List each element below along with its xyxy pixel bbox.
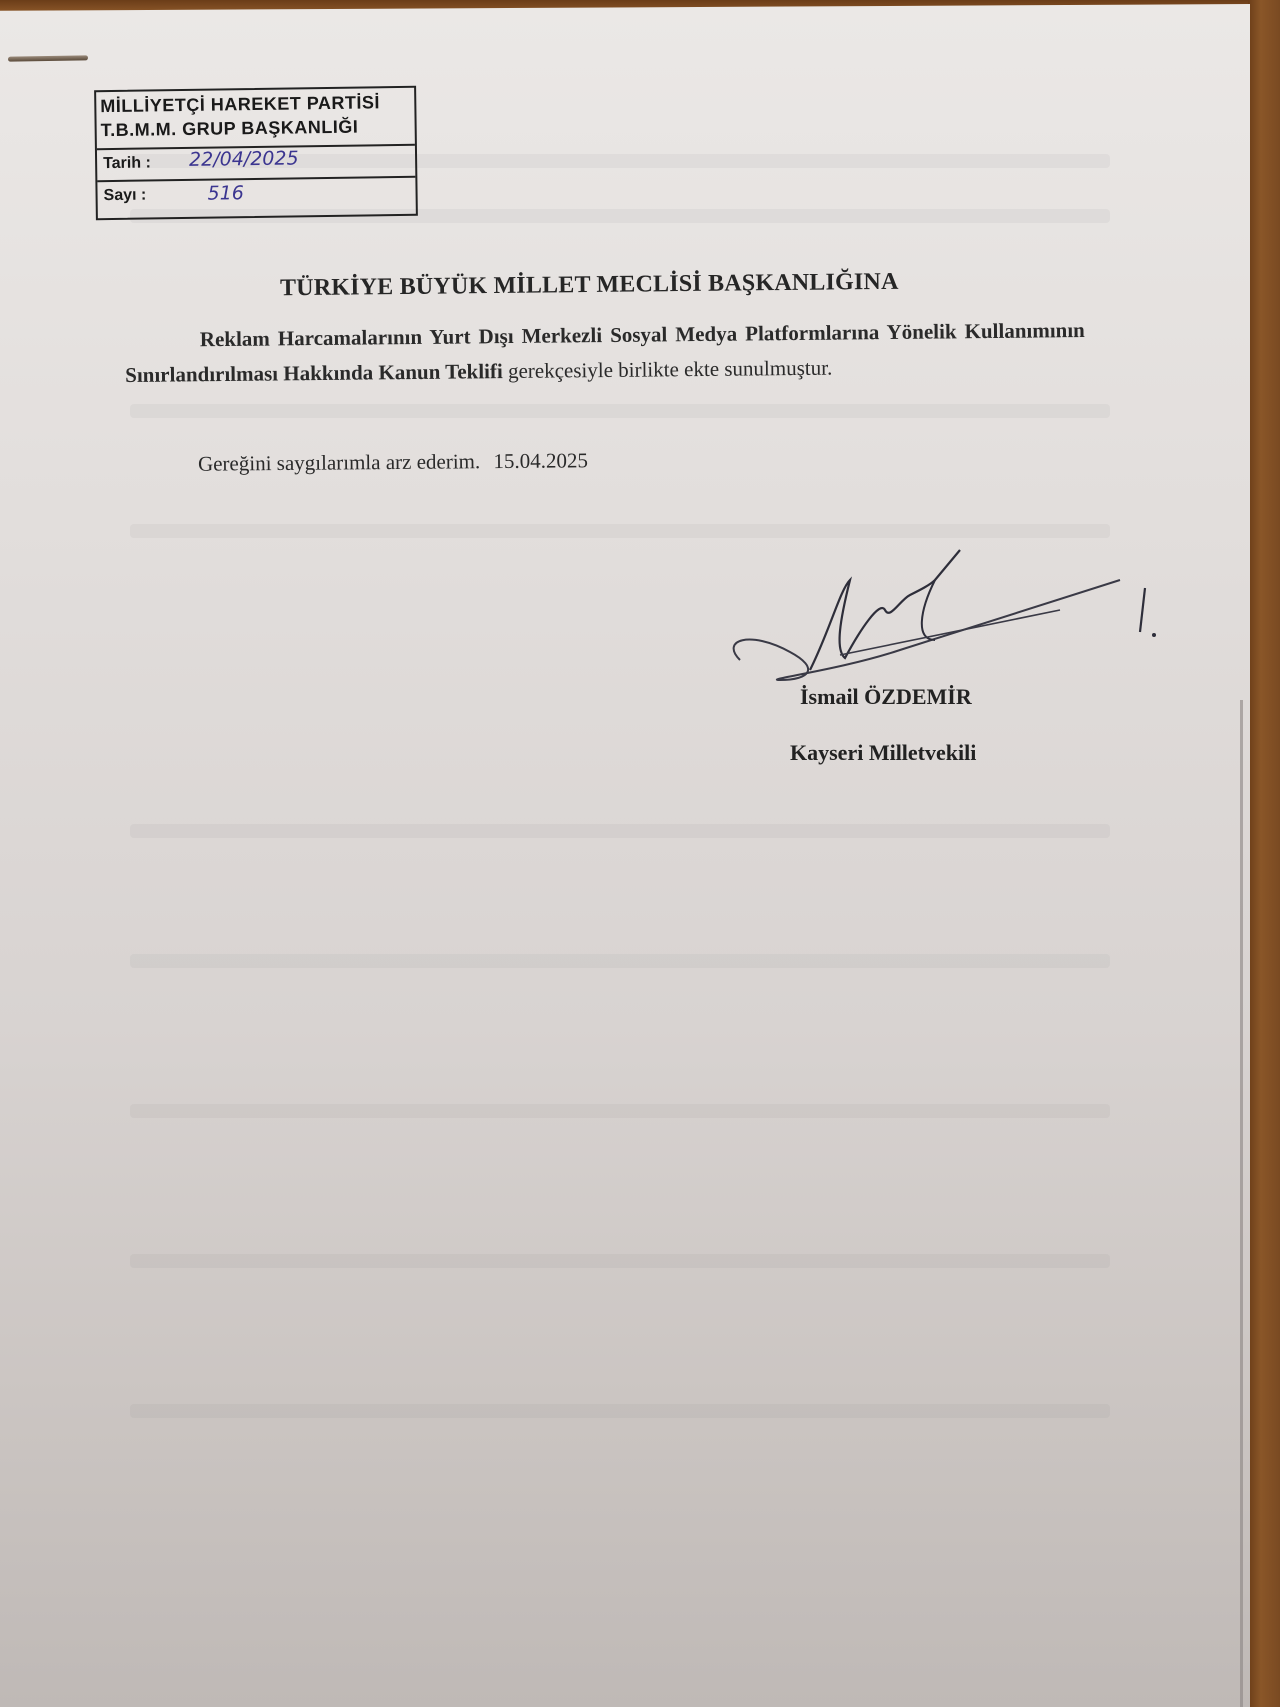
bleed-through-text <box>130 824 1110 838</box>
desk-surface-right <box>1248 0 1280 1707</box>
document-date: 15.04.2025 <box>493 448 588 473</box>
signatory-title: Kayseri Milletvekili <box>790 740 976 766</box>
closing-line: Gereğini saygılarımla arz ederim. 15.04.… <box>198 448 588 476</box>
stamp-divider <box>97 176 415 182</box>
closing-text: Gereğini saygılarımla arz ederim. <box>198 449 480 475</box>
bleed-through-text <box>130 1104 1110 1118</box>
page-edge <box>1240 700 1243 1707</box>
stamp-group-name: T.B.M.M. GRUP BAŞKANLIĞI <box>101 117 359 142</box>
stamp-date-label: Tarih : <box>103 154 151 173</box>
bleed-through-text <box>130 524 1110 538</box>
stamp-party-name: MİLLİYETÇİ HAREKET PARTİSİ <box>100 92 380 117</box>
bleed-through-text <box>130 1404 1110 1418</box>
signature <box>720 540 1160 700</box>
body-paragraph: Reklam Harcamalarının Yurt Dışı Merkezli… <box>125 313 1086 393</box>
bleed-through-text <box>130 954 1110 968</box>
stamp-number-value: 516 <box>207 182 244 205</box>
signatory-name: İsmail ÖZDEMİR <box>800 684 972 710</box>
body-suffix: gerekçesiyle birlikte ekte sunulmuştur. <box>508 356 832 383</box>
stamp-number-label: Sayı : <box>103 187 146 206</box>
registry-stamp: MİLLİYETÇİ HAREKET PARTİSİ T.B.M.M. GRUP… <box>94 86 418 220</box>
bleed-through-text <box>130 404 1110 418</box>
document-page <box>0 4 1250 1707</box>
stamp-date-value: 22/04/2025 <box>189 147 299 171</box>
bleed-through-text <box>130 1254 1110 1268</box>
